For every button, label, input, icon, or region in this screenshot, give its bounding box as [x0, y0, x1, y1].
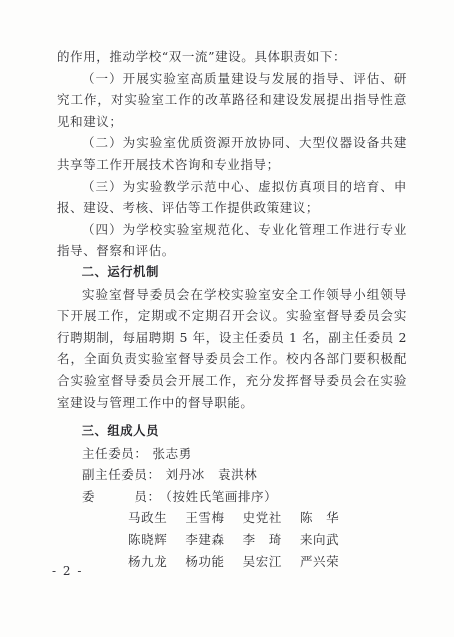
duty-item-1: （一）开展实验室高质量建设与发展的指导、评估、研究工作，对实验室工作的改革路径和… [57, 68, 407, 133]
page-number: - 2 - [52, 564, 83, 578]
member-name: 严兴荣 [300, 551, 339, 573]
member-name-row: 杨九龙杨功能吴宏江严兴荣 [57, 551, 407, 573]
member-line-chair: 主任委员：张志勇 [57, 443, 407, 465]
member-role-label: 委 员： [82, 489, 161, 504]
duty-item-2: （二）为实验室优质资源开放协同、大型仪器设备共建共享等工作开展技术咨询和专业指导… [57, 132, 407, 175]
member-name: 马政生 [128, 507, 167, 529]
section-heading-members: 三、组成人员 [57, 421, 407, 443]
paragraph-continuation: 的作用，推动学校“双一流”建设。具体职责如下： [57, 46, 407, 68]
member-role-label: 副主任委员： [82, 467, 161, 482]
member-name: 杨功能 [185, 551, 224, 573]
member-sort-note: （按姓氏笔画排序） [166, 489, 278, 504]
member-names: 刘丹冰 袁洪林 [166, 467, 258, 482]
member-name: 李建森 [185, 529, 224, 551]
member-name: 李 琦 [243, 529, 282, 551]
member-name-row: 马政生王雪梅史党社陈 华 [57, 507, 407, 529]
member-name: 杨九龙 [128, 551, 167, 573]
operation-mechanism-paragraph: 实验室督导委员会在学校实验室安全工作领导小组领导下开展工作，定期或不定期召开会议… [57, 284, 407, 414]
document-body: 的作用，推动学校“双一流”建设。具体职责如下： （一）开展实验室高质量建设与发展… [57, 46, 407, 572]
member-role-label: 主任委员： [82, 446, 148, 461]
member-name-row: 陈晓辉李建森李 琦来向武 [57, 529, 407, 551]
member-line-committee: 委 员：（按姓氏笔画排序） [57, 486, 407, 508]
duty-item-3: （三）为实验教学示范中心、虚拟仿真项目的培育、申报、建设、考核、评估等工作提供政… [57, 176, 407, 219]
member-name: 陈晓辉 [128, 529, 167, 551]
section-heading-operation-mechanism: 二、运行机制 [57, 262, 407, 284]
member-name: 陈 华 [300, 507, 339, 529]
member-line-vice-chair: 副主任委员：刘丹冰 袁洪林 [57, 464, 407, 486]
document-page: 的作用，推动学校“双一流”建设。具体职责如下： （一）开展实验室高质量建设与发展… [0, 0, 454, 637]
member-name: 史党社 [243, 507, 282, 529]
member-name: 王雪梅 [185, 507, 224, 529]
duty-item-4: （四）为学校实验室规范化、专业化管理工作进行专业指导、督察和评估。 [57, 219, 407, 262]
member-names: 张志勇 [153, 446, 192, 461]
member-name: 吴宏江 [243, 551, 282, 573]
member-name: 来向武 [300, 529, 339, 551]
